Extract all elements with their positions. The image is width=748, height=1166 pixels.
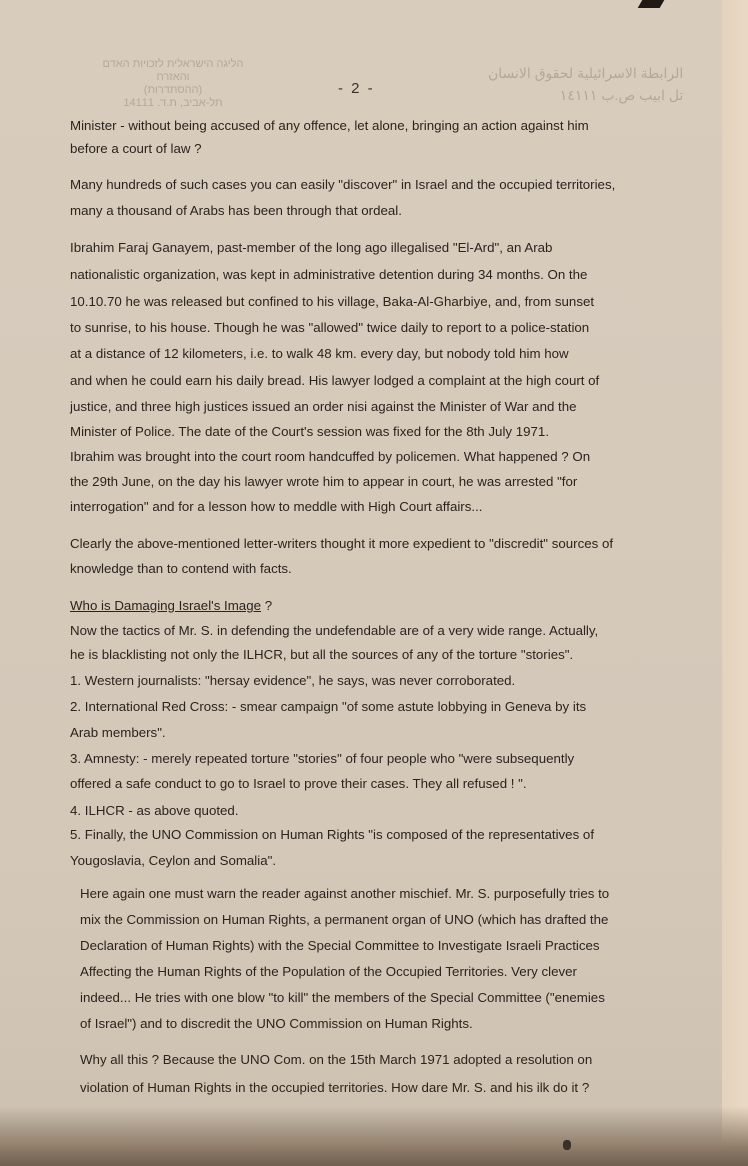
list-item-continuation: offered a safe conduct to go to Israel t…	[70, 776, 527, 792]
ghost-line: الرابطة الاسرائيلية لحقوق الانسان	[488, 62, 683, 84]
text-line: Declaration of Human Rights) with the Sp…	[80, 938, 600, 954]
list-item: 3. Amnesty: - merely repeated torture "s…	[70, 751, 574, 767]
text-line: knowledge than to contend with facts.	[70, 561, 292, 577]
ghost-line: תל-אביב, ת.ד. 14111	[78, 97, 268, 110]
text-line: mix the Commission on Human Rights, a pe…	[80, 912, 608, 928]
text-line: Ibrahim was brought into the court room …	[70, 449, 590, 465]
list-item: 2. International Red Cross: - smear camp…	[70, 699, 586, 715]
ghost-line: (ההסתדרות)	[78, 84, 268, 97]
text-line: the 29th June, on the day his lawyer wro…	[70, 474, 577, 490]
text-line: and when he could earn his daily bread. …	[70, 373, 599, 389]
text-line: interrogation" and for a lesson how to m…	[70, 499, 482, 515]
letterhead-hebrew-ghost: הליגה הישראלית לזכויות האדם והאזרח (ההסת…	[78, 58, 268, 110]
text-line: Affecting the Human Rights of the Popula…	[80, 964, 577, 980]
text-line: Here again one must warn the reader agai…	[80, 886, 609, 902]
text-line: at a distance of 12 kilometers, i.e. to …	[70, 346, 569, 362]
text-line: Minister of Police. The date of the Cour…	[70, 424, 549, 440]
text-line: indeed... He tries with one blow "to kil…	[80, 990, 605, 1006]
letterhead-arabic-ghost: الرابطة الاسرائيلية لحقوق الانسان تل ابي…	[488, 62, 683, 106]
text-line: nationalistic organization, was kept in …	[70, 267, 587, 283]
section-heading-suffix: ?	[261, 598, 272, 613]
text-line: to sunrise, to his house. Though he was …	[70, 320, 589, 336]
text-line: many a thousand of Arabs has been throug…	[70, 203, 402, 219]
text-line: Minister - without being accused of any …	[70, 118, 589, 134]
section-heading-text: Who is Damaging Israel's Image	[70, 598, 261, 613]
text-line: before a court of law ?	[70, 141, 202, 157]
page-edge	[722, 0, 748, 1166]
list-item-continuation: Yougoslavia, Ceylon and Somalia".	[70, 853, 276, 869]
section-heading: Who is Damaging Israel's Image ?	[70, 598, 272, 613]
ghost-line: הליגה הישראלית לזכויות האדם	[78, 58, 268, 71]
list-item: 5. Finally, the UNO Commission on Human …	[70, 827, 594, 843]
ghost-line: تل ابيب ص.ب ١٤١١١	[488, 84, 683, 106]
paper-clip	[638, 0, 665, 8]
text-line: Why all this ? Because the UNO Com. on t…	[80, 1052, 592, 1068]
text-line: of Israel") and to discredit the UNO Com…	[80, 1016, 473, 1032]
text-line: Ibrahim Faraj Ganayem, past-member of th…	[70, 240, 552, 256]
text-line: justice, and three high justices issued …	[70, 399, 577, 415]
page-number: - 2 -	[338, 80, 375, 97]
text-line: violation of Human Rights in the occupie…	[80, 1080, 589, 1096]
text-line: Now the tactics of Mr. S. in defending t…	[70, 623, 598, 639]
list-item: 4. ILHCR - as above quoted.	[70, 803, 239, 819]
staple-mark	[563, 1140, 571, 1150]
text-line: Clearly the above-mentioned letter-write…	[70, 536, 613, 552]
list-item: 1. Western journalists: "hersay evidence…	[70, 673, 515, 689]
text-line: he is blacklisting not only the ILHCR, b…	[70, 647, 573, 663]
text-line: 10.10.70 he was released but confined to…	[70, 294, 594, 310]
page-curl-shadow	[0, 1106, 748, 1166]
ghost-line: והאזרח	[78, 71, 268, 84]
list-item-continuation: Arab members".	[70, 725, 166, 741]
text-line: Many hundreds of such cases you can easi…	[70, 177, 615, 193]
